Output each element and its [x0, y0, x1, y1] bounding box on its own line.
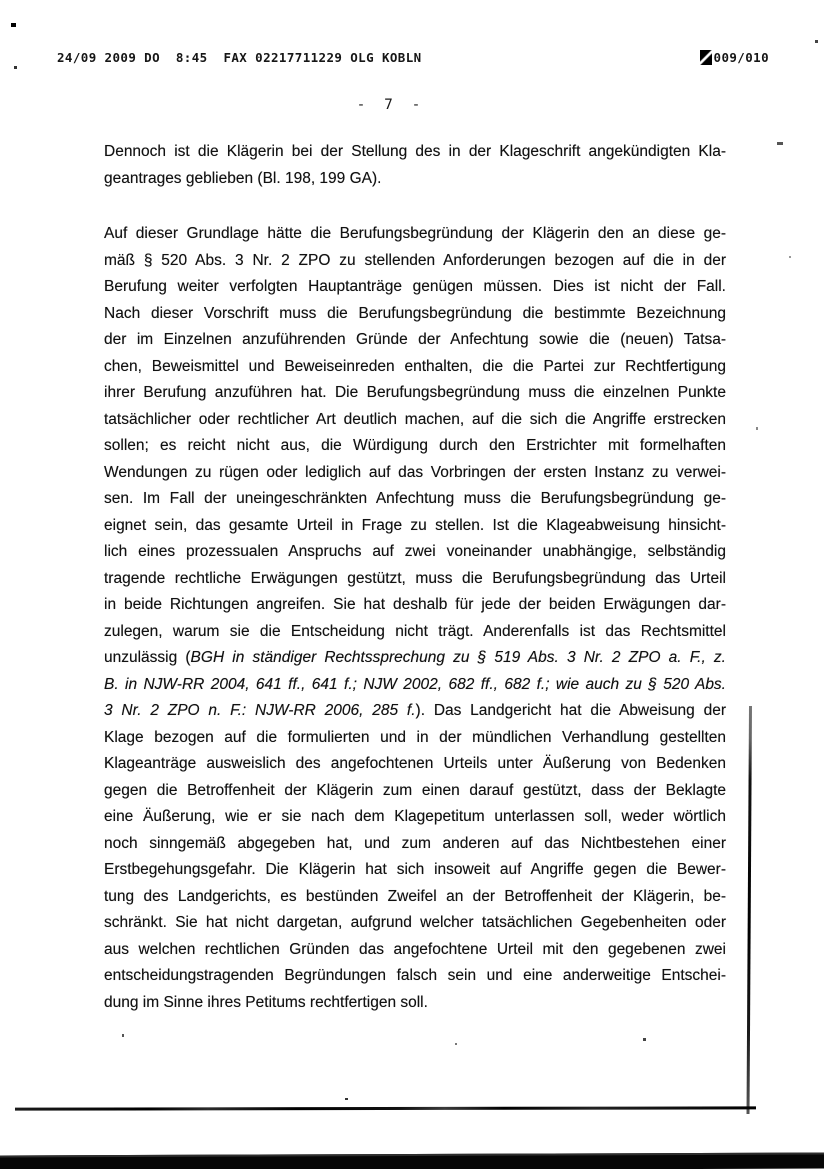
text-line: entscheidungstragenden Begründungen fals…: [104, 963, 726, 990]
scan-speck: [455, 1043, 457, 1045]
scan-speck: [11, 23, 16, 27]
text-line: tung des Landgerichts, es bestünden Zwei…: [104, 884, 726, 911]
scan-artifact-horizontal-line: [15, 1106, 756, 1110]
body-text: chen, Beweismittel und Beweiseinreden en…: [104, 358, 726, 375]
citation-text: B. in NJW-RR 2004, 641 ff., 641 f.; NJW …: [104, 676, 726, 693]
fax-header: 24/09 2009 DO 8:45 FAX 02217711229 OLG K…: [57, 50, 769, 65]
body-text: entscheidungstragenden Begründungen fals…: [104, 967, 726, 984]
body-text: noch sinngemäß abgegeben hat, und zum an…: [104, 835, 726, 852]
text-line: chen, Beweismittel und Beweiseinreden en…: [104, 354, 726, 381]
scan-speck: [345, 1098, 348, 1100]
body-text: tung des Landgerichts, es bestünden Zwei…: [104, 888, 726, 905]
citation-text: BGH in ständiger Rechtssprechung zu § 51…: [191, 649, 726, 666]
paragraph: Dennoch ist die Klägerin bei der Stellun…: [104, 139, 726, 192]
scan-speck: [789, 256, 791, 258]
text-line: sollen; es reicht nicht aus, die Würdigu…: [104, 433, 726, 460]
text-line: tragende rechtliche Erwägungen gestützt,…: [104, 566, 726, 593]
text-line: tatsächlicher oder rechtlicher Art deutl…: [104, 407, 726, 434]
body-text: tragende rechtliche Erwägungen gestützt,…: [104, 570, 726, 587]
text-line: der im Einzelnen anzuführenden Gründe de…: [104, 327, 726, 354]
body-text: mäß § 520 Abs. 3 Nr. 2 ZPO zu stellenden…: [104, 252, 726, 269]
scan-speck: [643, 1038, 646, 1041]
paragraph: Auf dieser Grundlage hätte die Berufungs…: [104, 221, 726, 1016]
text-line: noch sinngemäß abgegeben hat, und zum an…: [104, 831, 726, 858]
text-line: 3 Nr. 2 ZPO n. F.: NJW-RR 2006, 285 f.).…: [104, 698, 726, 725]
body-text: der im Einzelnen anzuführenden Gründe de…: [104, 331, 726, 348]
body-text: ). Das Landgericht hat die Abweisung der: [416, 702, 726, 719]
text-line: dung im Sinne ihres Petitums rechtfertig…: [104, 990, 726, 1017]
text-line: sen. Im Fall der uneingeschränkten Anfec…: [104, 486, 726, 513]
scan-artifact-vertical-line: [747, 706, 752, 1114]
fax-page-count: 009/010: [714, 50, 769, 65]
body-text: Wendungen zu rügen oder lediglich auf da…: [104, 464, 726, 481]
body-text: Erstbegehungsgefahr. Die Klägerin hat si…: [104, 861, 726, 878]
body-text: aus welchen rechtlichen Gründen das ange…: [104, 941, 726, 958]
scan-speck: [122, 1034, 124, 1037]
scan-artifact-bottom-bar: [0, 1153, 824, 1169]
body-text: Klageanträge ausweislich des angefochten…: [104, 755, 726, 772]
text-line: Nach dieser Vorschrift muss die Berufung…: [104, 301, 726, 328]
body-text: geantrages geblieben (Bl. 198, 199 GA).: [104, 170, 381, 187]
page-number: - 7 -: [0, 97, 782, 113]
scanned-fax-page: 24/09 2009 DO 8:45 FAX 02217711229 OLG K…: [0, 0, 824, 1169]
body-text: lich eines prozessualen Anspruchs auf zw…: [104, 543, 726, 560]
body-text: schränkt. Sie hat nicht dargetan, aufgru…: [104, 914, 726, 931]
body-text: tatsächlicher oder rechtlicher Art deutl…: [104, 411, 726, 428]
body-text: Auf dieser Grundlage hätte die Berufungs…: [104, 225, 726, 242]
text-line: Wendungen zu rügen oder lediglich auf da…: [104, 460, 726, 487]
citation-text: 3 Nr. 2 ZPO n. F.: NJW-RR 2006, 285 f.: [104, 702, 416, 719]
scan-speck: [815, 40, 818, 43]
body-text: sen. Im Fall der uneingeschränkten Anfec…: [104, 490, 726, 507]
text-line: Auf dieser Grundlage hätte die Berufungs…: [104, 221, 726, 248]
body-text: ihrer Berufung anzuführen hat. Die Beruf…: [104, 384, 726, 401]
body-text: sollen; es reicht nicht aus, die Würdigu…: [104, 437, 726, 454]
text-line: Erstbegehungsgefahr. Die Klägerin hat si…: [104, 857, 726, 884]
body-text: eine Äußerung, wie er sie nach dem Klage…: [104, 808, 726, 825]
fax-page-icon: [700, 50, 712, 65]
body-text: Dennoch ist die Klägerin bei der Stellun…: [104, 143, 726, 160]
fax-page-counter: 009/010: [700, 50, 769, 65]
scan-speck: [14, 66, 17, 69]
body-text: eignet sein, das gesamte Urteil in Frage…: [104, 517, 726, 534]
text-line: in beide Richtungen angreifen. Sie hat d…: [104, 592, 726, 619]
body-text: Klage bezogen auf die formulierten und i…: [104, 729, 726, 746]
fax-header-line: 24/09 2009 DO 8:45 FAX 02217711229 OLG K…: [57, 50, 422, 65]
body-text: Berufung weiter verfolgten Hauptanträge …: [104, 278, 726, 295]
text-line: lich eines prozessualen Anspruchs auf zw…: [104, 539, 726, 566]
text-line: Klageanträge ausweislich des angefochten…: [104, 751, 726, 778]
text-line: aus welchen rechtlichen Gründen das ange…: [104, 937, 726, 964]
text-line: eignet sein, das gesamte Urteil in Frage…: [104, 513, 726, 540]
text-line: eine Äußerung, wie er sie nach dem Klage…: [104, 804, 726, 831]
body-text: gegen die Betroffenheit der Klägerin zum…: [104, 782, 726, 799]
scan-speck: [756, 427, 758, 430]
body-text: in beide Richtungen angreifen. Sie hat d…: [104, 596, 726, 613]
body-text: zulegen, warum sie die Entscheidung nich…: [104, 623, 726, 640]
text-line: Dennoch ist die Klägerin bei der Stellun…: [104, 139, 726, 166]
body-text: dung im Sinne ihres Petitums rechtfertig…: [104, 994, 428, 1011]
text-line: Berufung weiter verfolgten Hauptanträge …: [104, 274, 726, 301]
body-text: unzulässig (: [104, 649, 191, 666]
text-line: gegen die Betroffenheit der Klägerin zum…: [104, 778, 726, 805]
text-line: B. in NJW-RR 2004, 641 ff., 641 f.; NJW …: [104, 672, 726, 699]
text-line: ihrer Berufung anzuführen hat. Die Beruf…: [104, 380, 726, 407]
text-line: mäß § 520 Abs. 3 Nr. 2 ZPO zu stellenden…: [104, 248, 726, 275]
text-line: schränkt. Sie hat nicht dargetan, aufgru…: [104, 910, 726, 937]
text-line: zulegen, warum sie die Entscheidung nich…: [104, 619, 726, 646]
text-line: Klage bezogen auf die formulierten und i…: [104, 725, 726, 752]
document-body: Dennoch ist die Klägerin bei der Stellun…: [104, 139, 726, 1016]
body-text: Nach dieser Vorschrift muss die Berufung…: [104, 305, 726, 322]
scan-speck: [777, 142, 783, 145]
text-line: geantrages geblieben (Bl. 198, 199 GA).: [104, 166, 726, 193]
text-line: unzulässig (BGH in ständiger Rechtssprec…: [104, 645, 726, 672]
